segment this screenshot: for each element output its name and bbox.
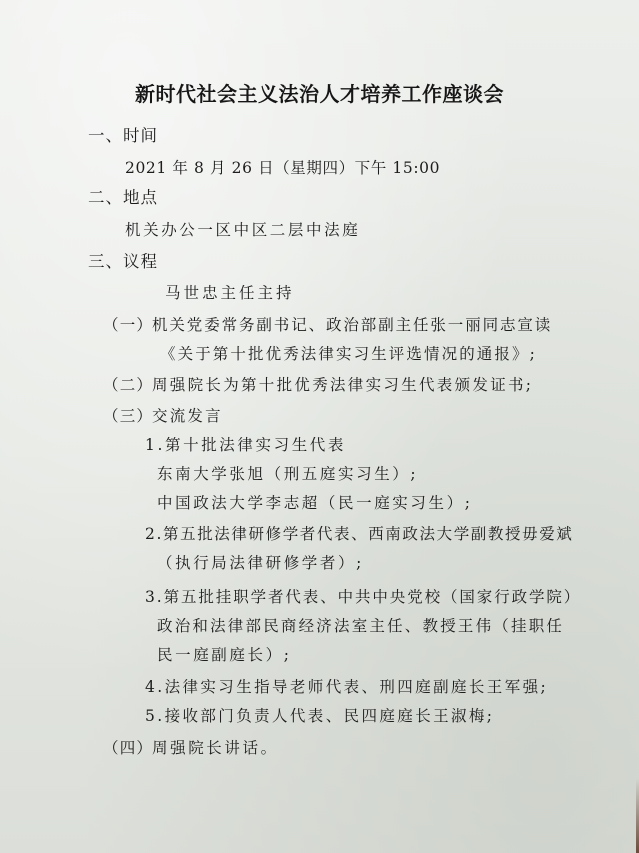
agenda-item-1-line-2: 《关于第十批优秀法律实习生评选情况的通报》; (160, 345, 537, 363)
speaker-3-line-2: 政治和法律部民商经济法室主任、教授王伟（挂职任 (157, 617, 564, 635)
agenda-item-1-label: （一） (103, 316, 153, 334)
section-heading-time: 一、时间 (88, 127, 158, 145)
agenda-item-3-label: （三） (103, 407, 153, 425)
meeting-location: 机关办公一区中区二层中法庭 (125, 221, 360, 239)
document-title: 新时代社会主义法治人才培养工作座谈会 (0, 82, 639, 106)
agenda-host: 马世忠主任主持 (165, 284, 295, 302)
meeting-time: 2021 年 8 月 26 日（星期四）下午 15:00 (125, 159, 440, 177)
speaker-1-line-2: 东南大学张旭（刑五庭实习生）; (157, 465, 418, 483)
speaker-2-line-1: 2.第五批法律研修学者代表、西南政法大学副教授毋爱斌 (145, 525, 573, 543)
agenda-item-2-line-1: 周强院长为第十批优秀法律实习生代表颁发证书; (152, 376, 533, 394)
agenda-item-3-line-1: 交流发言 (152, 407, 223, 425)
section-heading-agenda: 三、议程 (88, 253, 158, 271)
agenda-item-4-line-1: 周强院长讲话。 (152, 739, 279, 757)
agenda-item-2-label: （二） (103, 376, 153, 394)
agenda-item-4-label: （四） (103, 739, 153, 757)
speaker-1-line-1: 1.第十批法律实习生代表 (145, 436, 346, 454)
paper-document: 新时代社会主义法治人才培养工作座谈会 一、时间 2021 年 8 月 26 日（… (0, 0, 639, 853)
speaker-5-line-1: 5.接收部门负责人代表、民四庭庭长王淑梅; (145, 707, 494, 725)
speaker-2-line-2: （执行局法律研修学者）; (157, 554, 364, 572)
speaker-4-line-1: 4.法律实习生指导老师代表、刑四庭副庭长王军强; (145, 678, 548, 696)
agenda-item-1-line-1: 机关党委常务副书记、政治部副主任张一丽同志宣读 (152, 316, 552, 334)
speaker-3-line-3: 民一庭副庭长）; (157, 646, 292, 664)
section-heading-location: 二、地点 (88, 189, 158, 207)
speaker-1-line-3: 中国政法大学李志超（民一庭实习生）; (157, 494, 473, 512)
speaker-3-line-1: 3.第五批挂职学者代表、中共中央党校（国家行政学院） (145, 588, 581, 606)
